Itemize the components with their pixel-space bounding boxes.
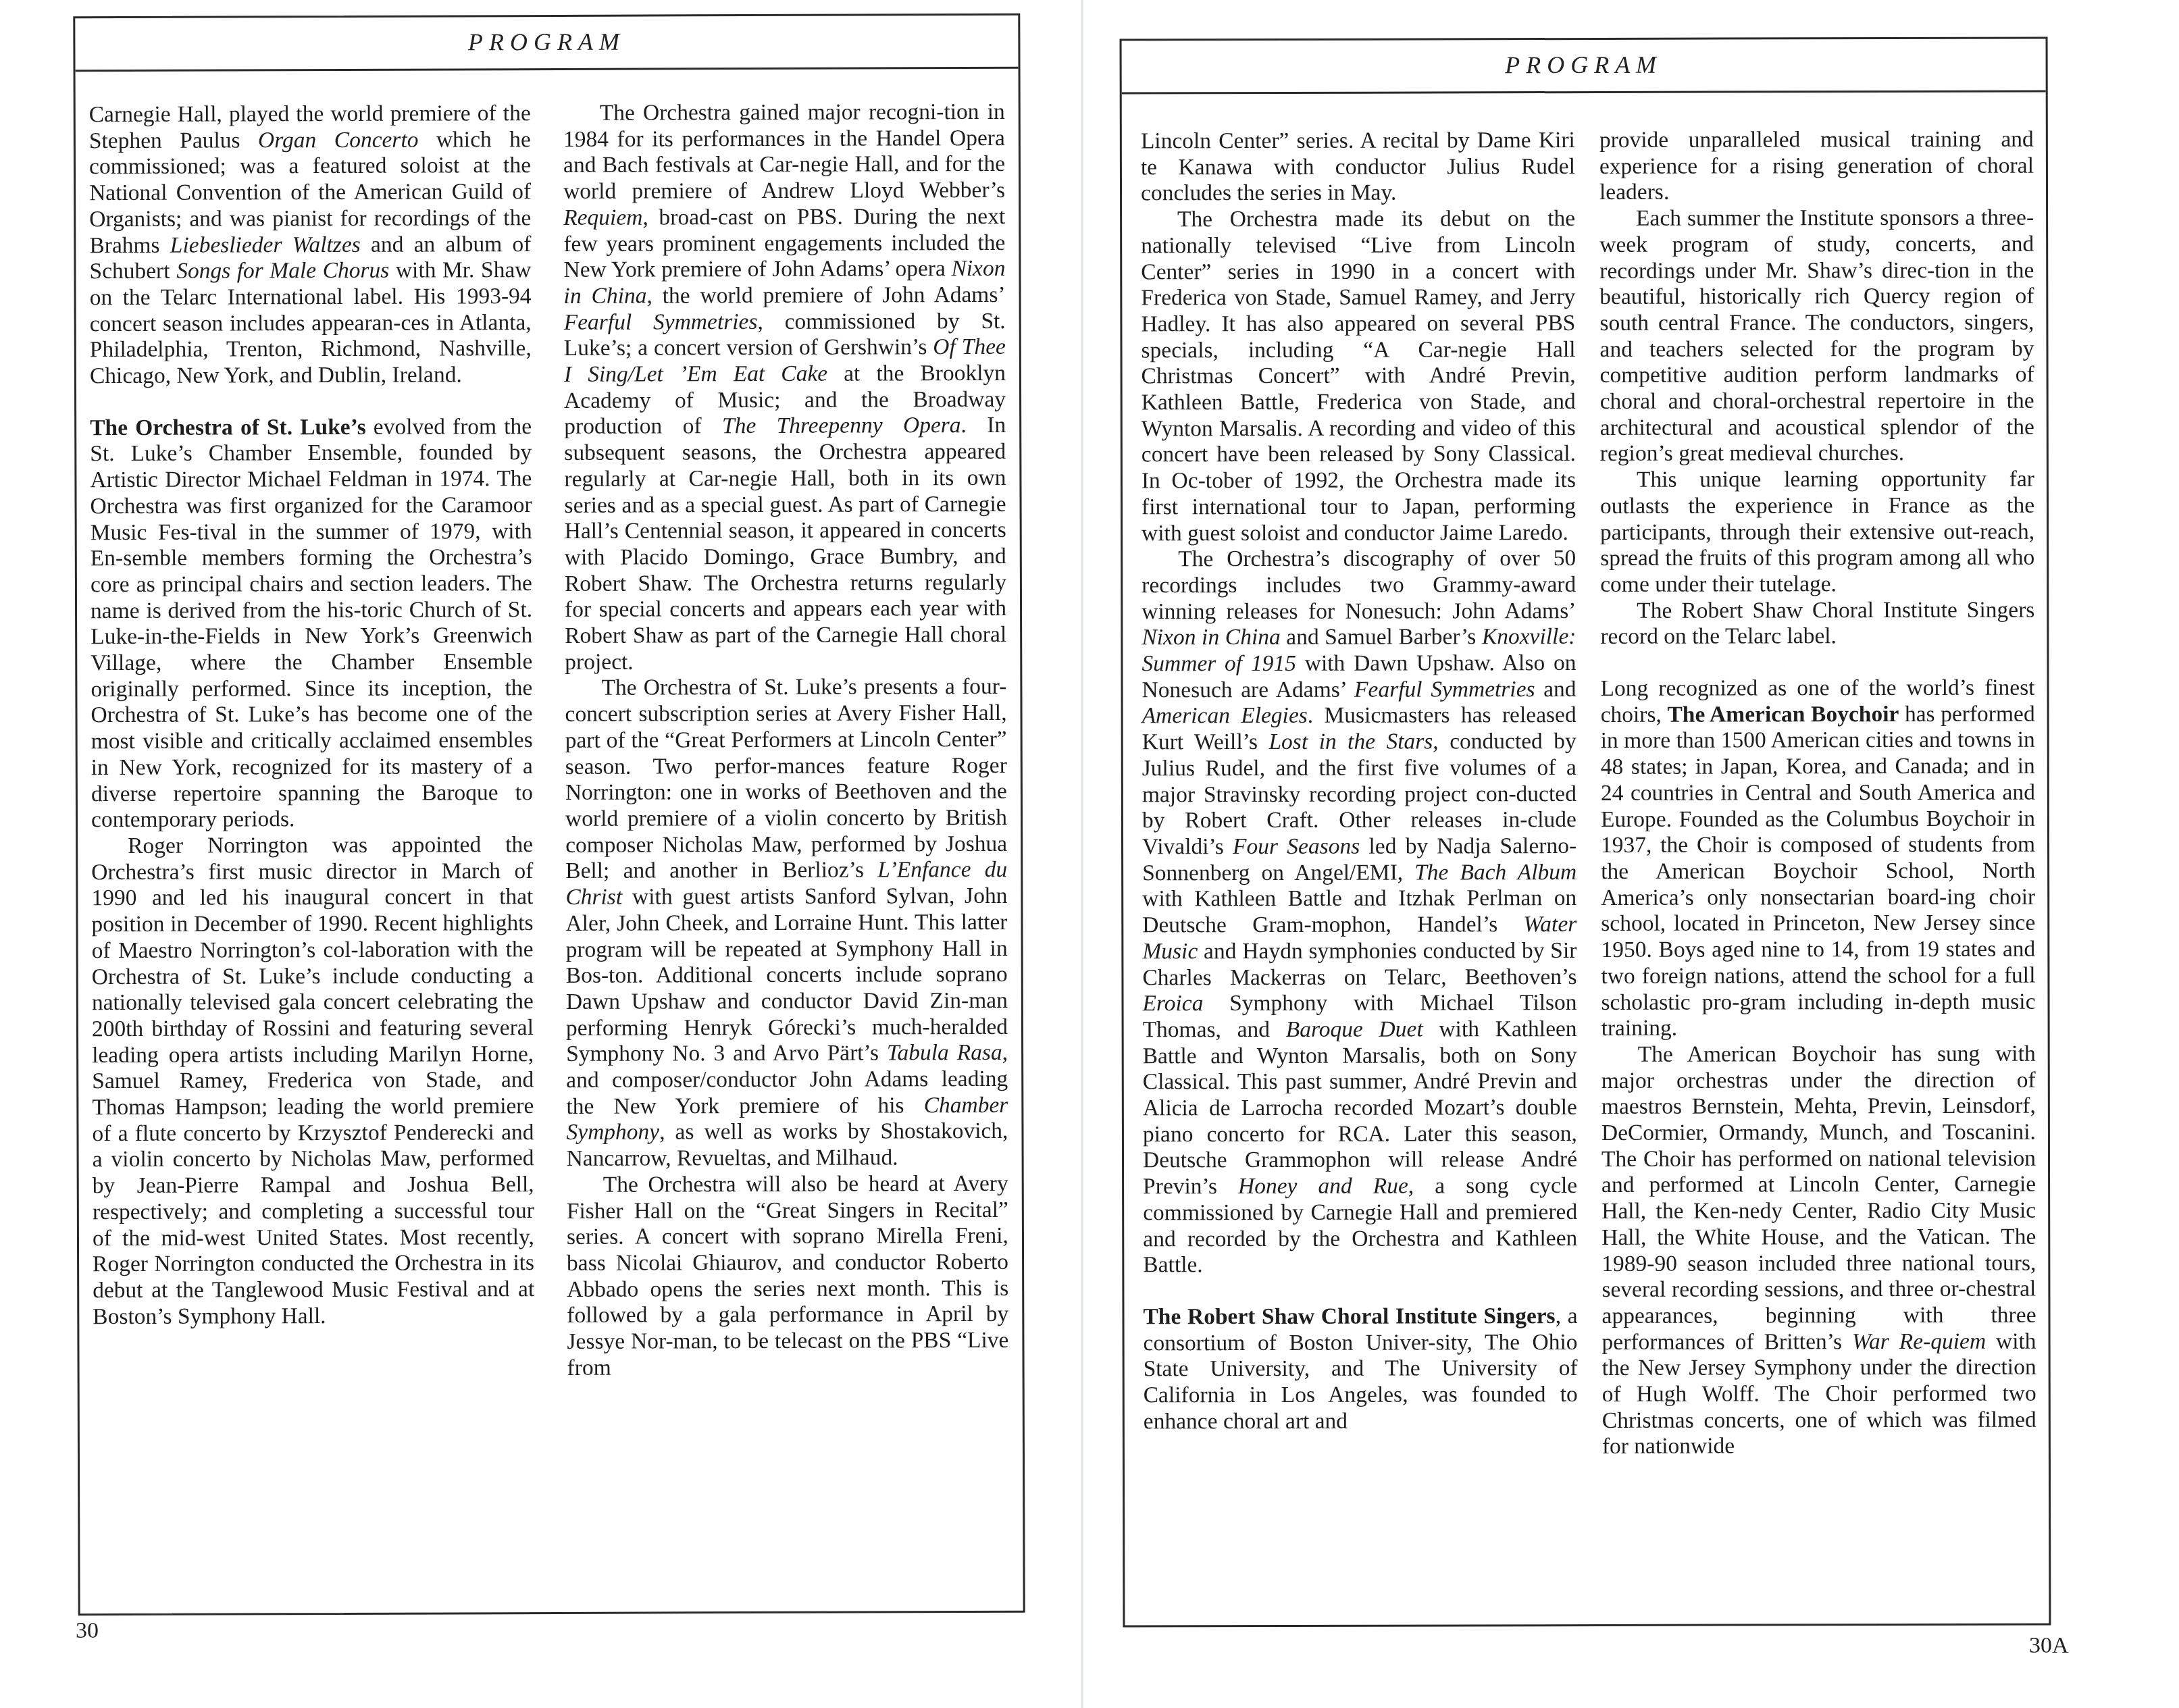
body-paragraph: The Orchestra gained major recogni-tion … bbox=[563, 99, 1007, 676]
body-paragraph: The Robert Shaw Choral Institute Singers… bbox=[1143, 1303, 1577, 1435]
left-page-column-2: The Orchestra gained major recogni-tion … bbox=[563, 99, 1010, 1592]
left-page-frame: PROGRAM Carnegie Hall, played the world … bbox=[73, 14, 1025, 1615]
body-paragraph: Carnegie Hall, played the world premiere… bbox=[89, 101, 532, 390]
right-page-column-2: provide unparalleled musical training an… bbox=[1599, 127, 2037, 1604]
body-paragraph: provide unparalleled musical training an… bbox=[1599, 127, 2034, 206]
body-paragraph: The Orchestra of St. Luke’s presents a f… bbox=[565, 674, 1008, 1172]
body-paragraph: This unique learning opportunity far out… bbox=[1600, 467, 2034, 598]
right-page-frame: PROGRAM Lincoln Center” series. A recita… bbox=[1120, 37, 2051, 1628]
right-page-column-1: Lincoln Center” series. A recital by Dam… bbox=[1141, 128, 1579, 1605]
body-paragraph: Long recognized as one of the world’s fi… bbox=[1601, 675, 2036, 1042]
left-page-columns: Carnegie Hall, played the world premiere… bbox=[89, 99, 1010, 1593]
left-page-header: PROGRAM bbox=[75, 16, 1018, 72]
body-paragraph: The Orchestra’s discography of over 50 r… bbox=[1142, 546, 1577, 1278]
body-paragraph: The Orchestra made its debut on the nati… bbox=[1141, 206, 1576, 546]
body-paragraph: Lincoln Center” series. A recital by Dam… bbox=[1141, 128, 1575, 207]
right-page-header: PROGRAM bbox=[1122, 39, 2046, 95]
body-paragraph: Roger Norrington was appointed the Orche… bbox=[91, 832, 534, 1330]
left-page-column-1: Carnegie Hall, played the world premiere… bbox=[89, 101, 536, 1593]
body-paragraph: The American Boychoir has sung with majo… bbox=[1601, 1041, 2036, 1461]
right-page-number: 30A bbox=[2029, 1633, 2069, 1659]
book-gutter-fold bbox=[1081, 0, 1083, 1708]
body-paragraph: The Robert Shaw Choral Institute Singers… bbox=[1600, 597, 2034, 650]
right-page-header-title: PROGRAM bbox=[1505, 51, 1662, 79]
left-page-header-title: PROGRAM bbox=[468, 28, 625, 57]
body-paragraph: The Orchestra will also be heard at Aver… bbox=[567, 1171, 1009, 1382]
right-page-columns: Lincoln Center” series. A recital by Dam… bbox=[1141, 127, 2037, 1605]
body-paragraph: Each summer the Institute sponsors a thr… bbox=[1599, 205, 2034, 467]
body-paragraph: The Orchestra of St. Luke’s evolved from… bbox=[90, 414, 533, 833]
left-page-number: 30 bbox=[76, 1618, 99, 1644]
